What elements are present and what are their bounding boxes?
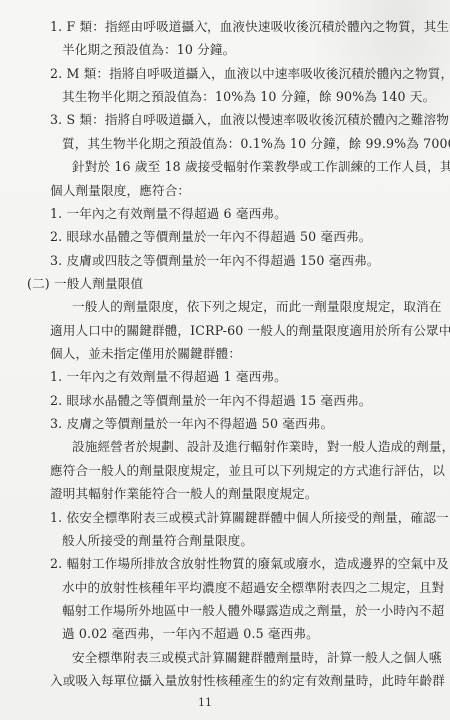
text-line: 2. M 類：指將自呼吸道攝入，血液以中速率吸收後沉積於體內之物質，: [50, 66, 450, 82]
text-line: 其生物半化期之預設值為：10%為 10 分鐘，餘 90%為 140 天。: [62, 89, 435, 105]
text-line: 適用人口中的關鍵群體，ICRP-60 一般人的劑量限度適用於所有公眾中的: [50, 323, 450, 339]
text-line: 3. S 類：指將自呼吸道攝入，血液以慢速率吸收後沉積於體內之難溶物: [50, 112, 449, 128]
text-line: 1. 一年內之有效劑量不得超過 1 毫西弗。: [50, 369, 287, 385]
text-line: 半化期之預設值為：10 分鐘。: [62, 42, 235, 58]
document-page: ✦ 1. F 類：指經由呼吸道攝入，血液快速吸收後沉積於體內之物質，其生物半化期…: [0, 0, 450, 720]
text-line: (二) 一般人劑量限值: [27, 276, 143, 292]
text-line: 2. 眼球水晶體之等價劑量於一年內不得超過 50 毫西弗。: [50, 229, 371, 245]
text-line: 1. F 類：指經由呼吸道攝入，血液快速吸收後沉積於體內之物質，其生物: [50, 19, 450, 35]
text-line: 設施經營者於規劃、設計及進行輻射作業時，對一般人造成的劑量，: [72, 439, 450, 455]
text-line: 針對於 16 歲至 18 歲接受輻射作業教學或工作訓練的工作人員，其: [72, 159, 450, 175]
text-line: 安全標準附表三或模式計算關鍵群體劑量時，計算一般人之個人嚥: [72, 650, 442, 666]
text-line: 入或吸入每單位攝入量放射性核種產生的約定有效劑量時，此時年齡群: [50, 673, 445, 689]
text-line: 1. 一年內之有效劑量不得超過 6 毫西弗。: [50, 206, 287, 222]
text-line: 一般人的劑量限度，依下列之規定，而此一劑量限度規定，取消在: [72, 299, 442, 315]
text-line: 輻射工作場所外地區中一般人體外曝露造成之劑量，於一小時內不超: [62, 603, 444, 619]
text-line: 2. 輻射工作場所排放含放射性物質的廢氣或廢水，造成邊界的空氣中及: [50, 556, 449, 572]
text-line: 水中的放射性核種年平均濃度不超過安全標準附表四之二規定，且對: [62, 580, 444, 596]
text-line: 證明其輻射作業能符合一般人的劑量限度規定。: [50, 486, 318, 502]
text-line: 3. 皮膚之等價劑量於一年內不得超過 50 毫西弗。: [50, 416, 333, 432]
text-line: 過 0.02 毫西弗，一年內不超過 0.5 毫西弗。: [62, 626, 319, 642]
text-line: 質，其生物半化期之預設值為：0.1%為 10 分鐘，餘 99.9%為 7000 …: [62, 136, 450, 152]
text-line: 1. 依安全標準附表三或模式計算關鍵群體中個人所接受的劑量，確認一: [50, 510, 449, 526]
text-line: 般人所接受的劑量符合劑量限度。: [62, 533, 253, 549]
text-line: 應符合一般人的劑量限度規定，並且可以下列規定的方式進行評估，以: [50, 463, 445, 479]
text-line: 3. 皮膚或四肢之等價劑量於一年內不得超過 150 毫西弗。: [50, 253, 380, 269]
page-number: 11: [198, 696, 212, 709]
text-line: 個人，並未指定僅用於關鍵群體：: [50, 346, 241, 362]
text-line: 個人劑量限度，應符合：: [50, 183, 190, 199]
text-line: 2. 眼球水晶體之等價劑量於一年內不得超過 15 毫西弗。: [50, 393, 371, 409]
